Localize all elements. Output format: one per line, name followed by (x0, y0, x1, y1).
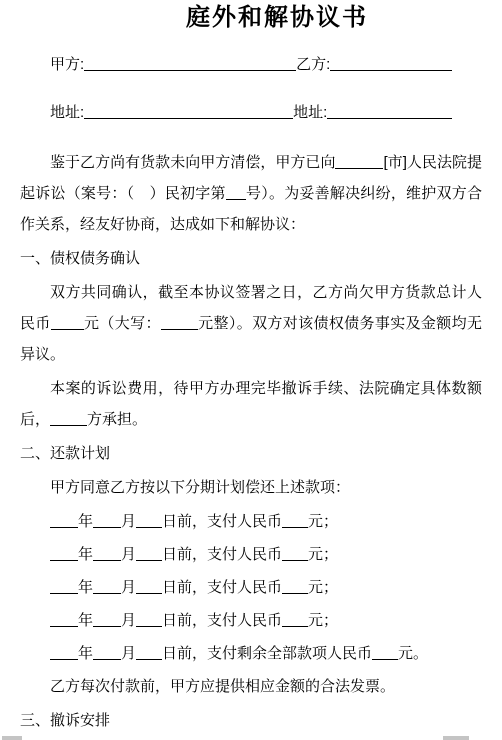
repayment-plan-intro: 甲方同意乙方按以下分期计划偿还上述款项： (20, 472, 482, 503)
address-b-label: 地址: (293, 104, 327, 121)
year-label: 年 (78, 513, 93, 530)
installment-amount-blank-field (282, 613, 308, 627)
installment-line-3: 年月日前，支付人民币元； (20, 572, 482, 603)
party-a-blank-field (84, 57, 296, 71)
amount-numeric-blank-field (51, 316, 84, 330)
day-label: 日前，支付人民币 (162, 546, 282, 563)
amount-capital-blank-field (161, 316, 198, 330)
year-blank-field (50, 580, 78, 594)
debt-text-between-amounts: 元（大写： (84, 315, 161, 332)
section2-heading: 二、还款计划 (20, 438, 482, 469)
year-label: 年 (78, 612, 93, 629)
installment-amount-blank-field (282, 547, 308, 561)
installment-amount-blank-field (282, 514, 308, 528)
case-number-blank-field (226, 186, 246, 200)
day-label: 日前，支付人民币 (162, 513, 282, 530)
year-label: 年 (78, 579, 93, 596)
invoice-note: 乙方每次付款前，甲方应提供相应金额的合法发票。 (20, 671, 482, 702)
year-blank-field (50, 514, 78, 528)
installment-line-4: 年月日前，支付人民币元； (20, 605, 482, 636)
day-label: 日前，支付人民币 (162, 579, 282, 596)
document-page: 庭外和解协议书 甲方:乙方: 地址:地址: 鉴于乙方尚有货款未向甲方清偿，甲方已… (0, 0, 502, 740)
installment-tail: 元； (308, 546, 338, 563)
fee-bearer-blank-field (50, 412, 87, 426)
page-corner-fragment-left (2, 736, 22, 740)
month-blank-field (93, 514, 121, 528)
court-city-blank-field (335, 155, 383, 169)
month-label: 月 (121, 546, 136, 563)
day-blank-field (136, 613, 162, 627)
intro-text-before-city: 鉴于乙方尚有货款未向甲方清偿，甲方已向 (50, 154, 335, 171)
day-blank-field (136, 646, 162, 660)
installment-tail: 元； (308, 579, 338, 596)
month-blank-field (93, 646, 121, 660)
address-a-label: 地址: (50, 104, 84, 121)
month-label: 月 (121, 513, 136, 530)
section3-heading: 三、撤诉安排 (20, 705, 482, 736)
year-label: 年 (78, 546, 93, 563)
year-blank-field (50, 646, 78, 660)
year-blank-field (50, 547, 78, 561)
party-a-label: 甲方: (50, 56, 84, 73)
day-blank-field (136, 547, 162, 561)
page-corner-fragment-right (443, 736, 469, 740)
installment-tail: 元； (308, 612, 338, 629)
address-a-blank-field (84, 105, 293, 119)
day-blank-field (136, 580, 162, 594)
party-row: 甲方:乙方: (20, 55, 482, 75)
litigation-fee-paragraph: 本案的诉讼费用，待甲方办理完毕撤诉手续、法院确定具体数额后，方承担。 (20, 373, 482, 435)
year-blank-field (50, 613, 78, 627)
final-installment-line: 年月日前，支付剩余全部款项人民币元。 (20, 638, 482, 669)
installment-line-2: 年月日前，支付人民币元； (20, 539, 482, 570)
address-b-blank-field (327, 105, 452, 119)
fee-text-after-party: 方承担。 (87, 411, 147, 428)
final-day-label: 日前，支付剩余全部款项人民币 (162, 645, 372, 662)
day-blank-field (136, 514, 162, 528)
month-blank-field (93, 613, 121, 627)
installment-line-1: 年月日前，支付人民币元； (20, 506, 482, 537)
month-label: 月 (121, 645, 136, 662)
installment-amount-blank-field (282, 580, 308, 594)
intro-paragraph: 鉴于乙方尚有货款未向甲方清偿，甲方已向[市]人民法院提起诉讼（案号：（ ）民初字… (20, 147, 482, 240)
debt-confirmation-paragraph: 双方共同确认，截至本协议签署之日，乙方尚欠甲方货款总计人民币元（大写：元整）。双… (20, 277, 482, 370)
final-installment-tail: 元。 (398, 645, 428, 662)
party-b-label: 乙方: (296, 56, 330, 73)
month-label: 月 (121, 579, 136, 596)
day-label: 日前，支付人民币 (162, 612, 282, 629)
month-blank-field (93, 580, 121, 594)
installment-tail: 元； (308, 513, 338, 530)
month-label: 月 (121, 612, 136, 629)
final-amount-blank-field (372, 646, 398, 660)
section1-heading: 一、债权债务确认 (20, 243, 482, 274)
address-row: 地址:地址: (20, 103, 482, 123)
year-label: 年 (78, 645, 93, 662)
document-title: 庭外和解协议书 (46, 0, 502, 33)
party-b-blank-field (330, 57, 452, 71)
month-blank-field (93, 547, 121, 561)
